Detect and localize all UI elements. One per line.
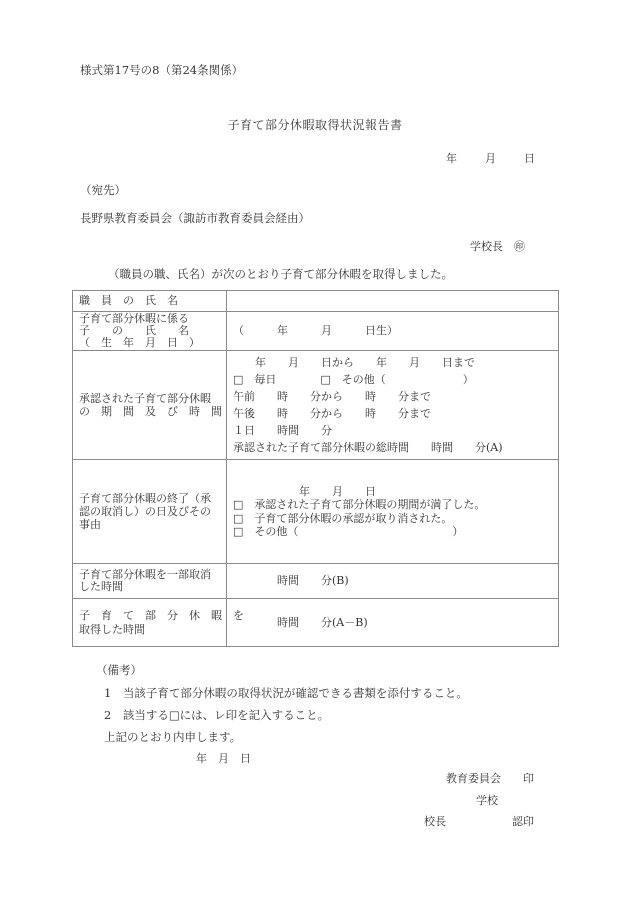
partial-cancel-time-b[interactable]: 時間 分(B) bbox=[227, 564, 559, 599]
remark-item: 2 該当する□には、レ印を記入すること。 bbox=[104, 707, 329, 723]
report-date: 年月日 bbox=[446, 150, 535, 166]
addressee: 長野県教育委員会（諏訪市教育委員会経由） bbox=[80, 210, 310, 226]
approved-period-field[interactable]: 年 月 日から 年 月 日まで □ 毎日 □ その他（ ） 午前 時 分から 時… bbox=[227, 351, 559, 460]
date-year: 年 bbox=[446, 150, 457, 166]
principal-approval-seal: 校長 認印 bbox=[424, 813, 534, 829]
table-row-taken-time: 子 育 て 部 分 休 暇 を 取得した時間 時間 分(A－B) bbox=[73, 599, 559, 647]
period-dates: 年 月 日から 年 月 日まで bbox=[233, 354, 552, 371]
checkbox-other[interactable]: □ その他（ ） bbox=[233, 525, 552, 538]
submission-date: 年 月 日 bbox=[196, 750, 251, 766]
label-approved-period: 承認された子育て部分休暇 の 期 間 及 び 時 間 bbox=[73, 351, 227, 460]
date-month: 月 bbox=[485, 150, 496, 166]
end-reason-field[interactable]: 年 月 日 □ 承認された子育て部分休暇の期間が満了した。 □ 子育て部分休暇の… bbox=[227, 460, 559, 564]
label-partial-cancel: 子育て部分休暇を一部取消 した時間 bbox=[73, 564, 227, 599]
morning-time: 午前 時 分から 時 分まで bbox=[233, 388, 552, 405]
form-number: 様式第17号の8（第24条関係） bbox=[80, 62, 243, 78]
checkbox-approval-revoked[interactable]: □ 子育て部分休暇の承認が取り消された。 bbox=[233, 512, 552, 525]
label-employee-name: 職 員 の 氏 名 bbox=[73, 291, 227, 312]
afternoon-time: 午後 時 分から 時 分まで bbox=[233, 405, 552, 422]
leave-report-table: 職 員 の 氏 名 子育て部分休暇に係る 子 の 氏 名 （ 生 年 月 日 ）… bbox=[72, 290, 559, 647]
intro-text: （職員の職、氏名）が次のとおり子育て部分休暇を取得しました。 bbox=[108, 266, 453, 282]
date-day: 日 bbox=[524, 150, 535, 166]
table-row-end-reason: 子育て部分休暇の終了（承 認の取消し）の日及びその 事由 年 月 日 □ 承認さ… bbox=[73, 460, 559, 564]
table-row-partial-cancel: 子育て部分休暇を一部取消 した時間 時間 分(B) bbox=[73, 564, 559, 599]
principal-seal: 学校長 ㊞ bbox=[470, 238, 525, 254]
total-time-a: 承認された子育て部分休暇の総時間 時間 分(A) bbox=[233, 439, 552, 456]
daily-time: １日 時間 分 bbox=[233, 422, 552, 439]
end-date: 年 月 日 bbox=[233, 485, 552, 498]
school-label: 学校 bbox=[476, 792, 498, 808]
taken-time-a-minus-b[interactable]: 時間 分(A－B) bbox=[227, 599, 559, 647]
remark-item: 1 当該子育て部分休暇の取得状況が確認できる書類を添付すること。 bbox=[104, 685, 468, 701]
document-title: 子育て部分休暇取得状況報告書 bbox=[0, 116, 630, 133]
table-row-approved-period: 承認された子育て部分休暇 の 期 間 及 び 時 間 年 月 日から 年 月 日… bbox=[73, 351, 559, 460]
board-seal: 教育委員会 印 bbox=[446, 770, 534, 786]
label-end-reason: 子育て部分休暇の終了（承 認の取消し）の日及びその 事由 bbox=[73, 460, 227, 564]
table-row-employee-name: 職 員 の 氏 名 bbox=[73, 291, 559, 312]
checkbox-period-expired[interactable]: □ 承認された子育て部分休暇の期間が満了した。 bbox=[233, 498, 552, 511]
label-taken-time: 子 育 て 部 分 休 暇 を 取得した時間 bbox=[73, 599, 227, 647]
employee-name-field[interactable] bbox=[227, 291, 559, 312]
child-birthdate-field[interactable]: （ 年 月 日生） bbox=[227, 312, 559, 351]
label-child-name: 子育て部分休暇に係る 子 の 氏 名 （ 生 年 月 日 ） bbox=[73, 312, 227, 351]
addressee-label: （宛先） bbox=[80, 182, 126, 198]
table-row-child-name: 子育て部分休暇に係る 子 の 氏 名 （ 生 年 月 日 ） （ 年 月 日生） bbox=[73, 312, 559, 351]
frequency-checkboxes[interactable]: □ 毎日 □ その他（ ） bbox=[233, 371, 552, 388]
remarks-label: （備考） bbox=[96, 662, 142, 678]
report-statement: 上記のとおり内申します。 bbox=[104, 729, 241, 745]
